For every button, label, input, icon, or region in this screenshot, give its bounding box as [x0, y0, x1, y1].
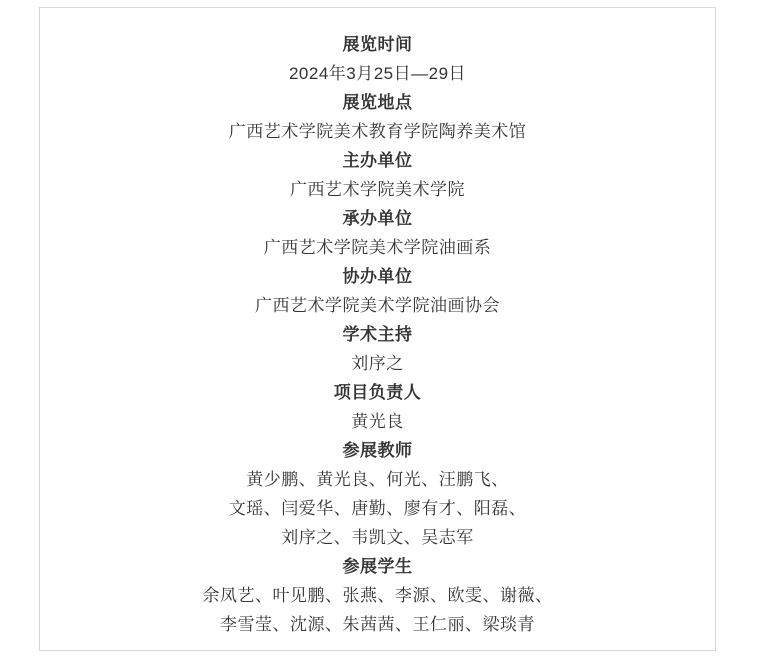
- section-heading-participating-teachers: 参展教师: [60, 436, 695, 465]
- section-heading-coorganizer-unit: 协办单位: [60, 262, 695, 291]
- exhibition-time-value: 2024年3月25日—29日: [60, 59, 695, 88]
- section-heading-academic-host: 学术主持: [60, 320, 695, 349]
- section-heading-exhibition-time: 展览时间: [60, 30, 695, 59]
- participating-teachers-line: 黄少鹏、黄光良、何光、汪鹏飞、: [60, 465, 695, 494]
- section-heading-project-leader: 项目负责人: [60, 378, 695, 407]
- host-unit-value: 广西艺术学院美术学院: [60, 175, 695, 204]
- project-leader-value: 黄光良: [60, 407, 695, 436]
- exhibition-info-card: 展览时间 2024年3月25日—29日 展览地点 广西艺术学院美术教育学院陶养美…: [39, 7, 716, 651]
- academic-host-value: 刘序之: [60, 349, 695, 378]
- coorganizer-unit-value: 广西艺术学院美术学院油画协会: [60, 291, 695, 320]
- participating-students-line: 余凤艺、叶见鹏、张燕、李源、欧雯、谢薇、: [60, 581, 695, 610]
- participating-students-line: 李雪莹、沈源、朱茜茜、王仁丽、梁琰青: [60, 610, 695, 639]
- section-heading-participating-students: 参展学生: [60, 552, 695, 581]
- section-heading-organizer-unit: 承办单位: [60, 204, 695, 233]
- section-heading-host-unit: 主办单位: [60, 146, 695, 175]
- section-heading-exhibition-location: 展览地点: [60, 88, 695, 117]
- organizer-unit-value: 广西艺术学院美术学院油画系: [60, 233, 695, 262]
- participating-teachers-line: 刘序之、韦凯文、吴志军: [60, 523, 695, 552]
- exhibition-location-value: 广西艺术学院美术教育学院陶养美术馆: [60, 117, 695, 146]
- participating-teachers-line: 文瑶、闫爱华、唐勤、廖有才、阳磊、: [60, 494, 695, 523]
